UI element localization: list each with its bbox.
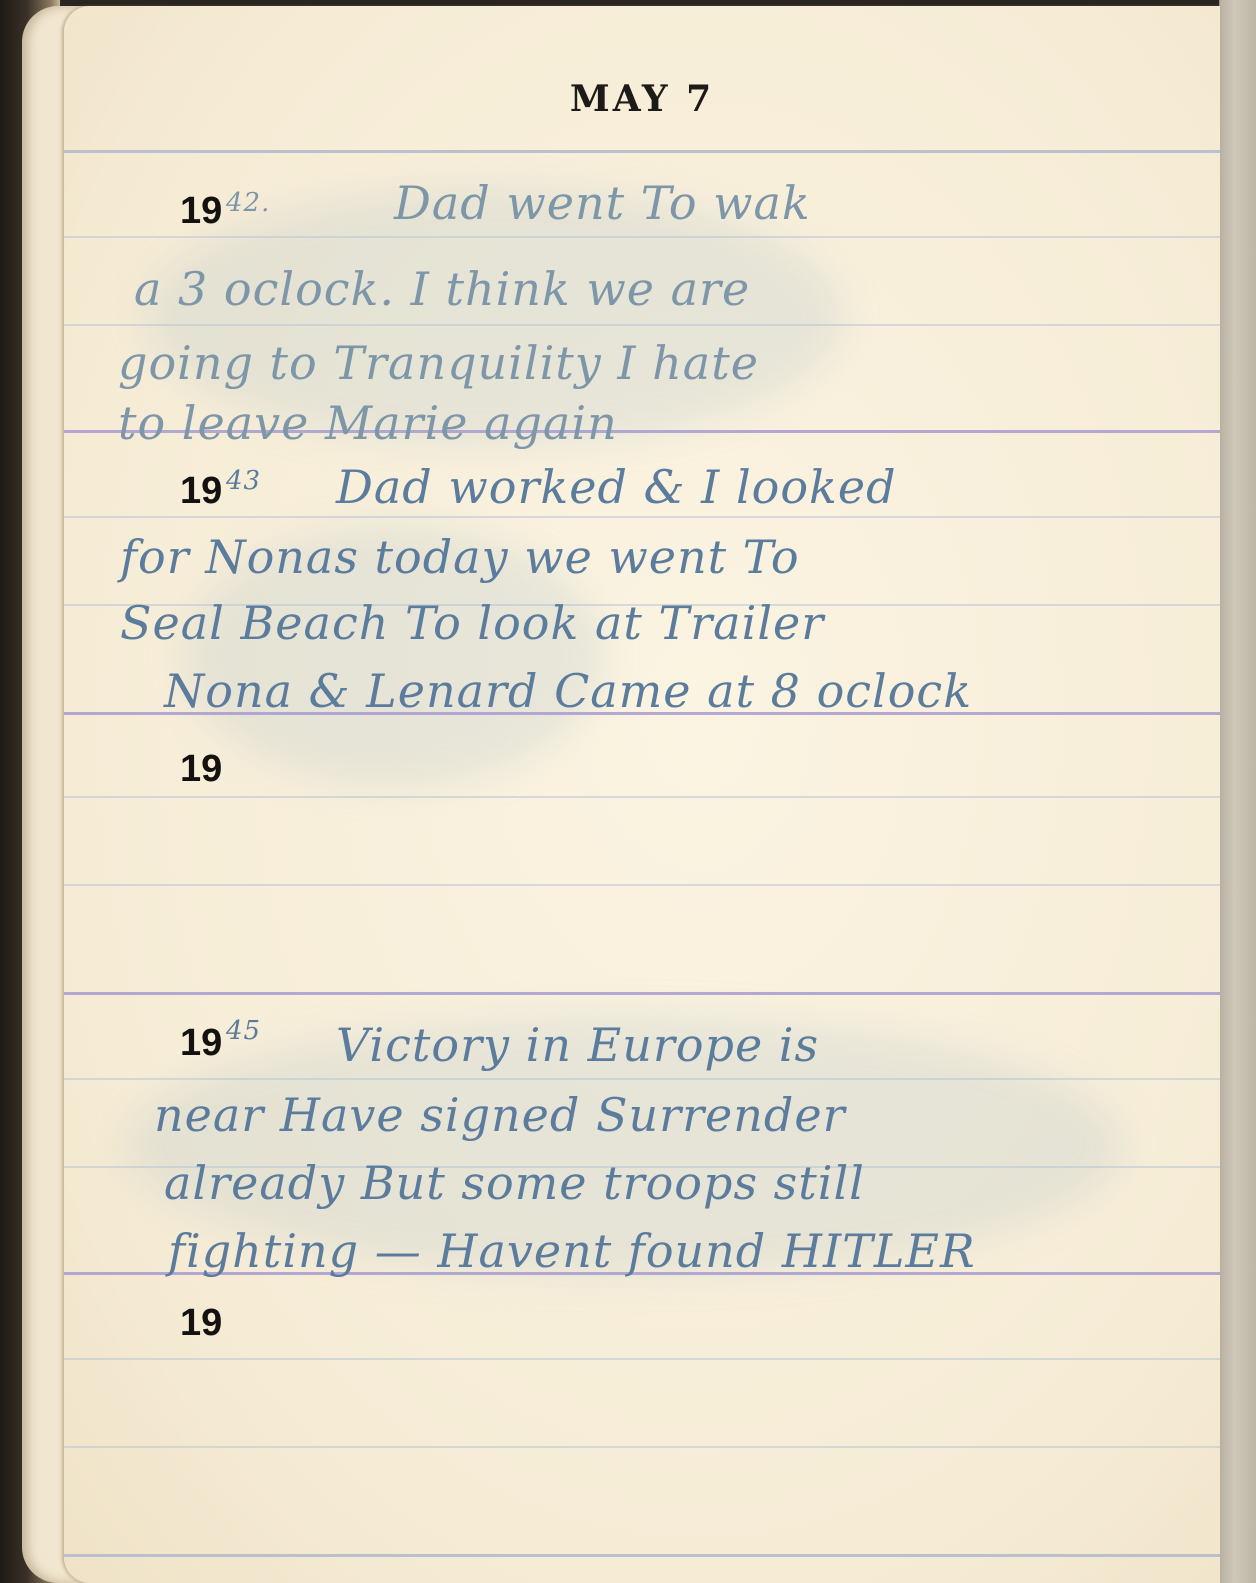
writing-line <box>64 884 1220 886</box>
written-year: 43 <box>226 466 261 496</box>
writing-line <box>64 236 1220 238</box>
entry-line: fighting — Havent found HITLER <box>168 1224 976 1278</box>
entry-line: Nona & Lenard Came at 8 oclock <box>164 664 972 718</box>
footer-rule <box>64 1554 1220 1557</box>
writing-line <box>64 1078 1220 1080</box>
writing-line <box>64 796 1220 798</box>
printed-year: 19 <box>180 1302 222 1345</box>
section-rule <box>64 992 1220 995</box>
facing-page-edge <box>1219 0 1256 1583</box>
entry-line: already But some troops still <box>164 1156 865 1210</box>
date-text: MAY 7 <box>570 78 714 120</box>
writing-line <box>64 516 1220 518</box>
page-date-heading: MAY 7 <box>64 78 1220 120</box>
printed-year: 19 <box>180 470 222 513</box>
printed-year: 19 <box>180 190 222 233</box>
entry-line: a 3 oclock. I think we are <box>134 262 750 316</box>
diary-page: MAY 7 19 42. Dad went To wak a 3 oclock.… <box>64 6 1220 1583</box>
entry-line: going to Tranquility I hate <box>118 336 759 390</box>
written-year: 42. <box>226 188 270 218</box>
entry-line: Dad went To wak <box>394 176 811 230</box>
printed-year: 19 <box>180 748 222 791</box>
header-rule <box>64 150 1220 153</box>
printed-year: 19 <box>180 1022 222 1065</box>
entry-line: to leave Marie again <box>118 396 618 450</box>
writing-line <box>64 1446 1220 1448</box>
entry-line: Victory in Europe is <box>336 1018 819 1072</box>
entry-line: for Nonas today we went To <box>120 530 800 584</box>
entry-line: Dad worked & I looked <box>336 460 897 514</box>
written-year: 45 <box>226 1016 261 1046</box>
entry-line: near Have signed Surrender <box>154 1088 846 1142</box>
entry-line: Seal Beach To look at Trailer <box>120 596 824 650</box>
writing-line <box>64 324 1220 326</box>
writing-line <box>64 1358 1220 1360</box>
